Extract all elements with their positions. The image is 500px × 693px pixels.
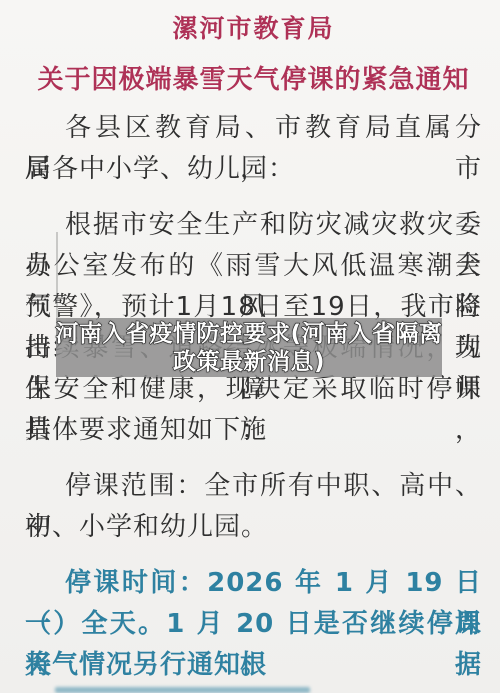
cutoff-text-sliver [55, 687, 310, 693]
org-title: 漯河市教育局 [25, 12, 482, 46]
watermark-text-line: 河南入省疫情防控要求(河南入省隔离 [56, 320, 443, 348]
notice-line: 属各中小学、幼儿园： [25, 149, 482, 190]
notice-body: 各县区教育局、市教育局直属分局，市 属各中小学、幼儿园： 根据市安全生产和防灾减… [25, 108, 482, 686]
notice-line: 办公室发布的《雨雪大风低温寒潮天气风险 [25, 246, 482, 287]
notice-line: 各县区教育局、市教育局直属分局，市 [25, 108, 482, 149]
salutation-paragraph: 各县区教育局、市教育局直属分局，市 属各中小学、幼儿园： [25, 108, 482, 190]
scope-paragraph: 停课范围：全市所有中职、高中、初 中、小学和幼儿园。 [25, 466, 482, 548]
watermark-text-line: 政策最新消息) [173, 348, 325, 376]
notice-highlight-line: 停课时间：2026 年 1 月 19 日（周 [25, 563, 482, 604]
watermark-overlay: 河南入省疫情防控要求(河南入省隔离 政策最新消息) [56, 318, 442, 377]
notice-highlight-line: 一）全天。1 月 20 日是否继续停课将根据 [25, 604, 482, 645]
notice-line: 停课范围：全市所有中职、高中、初 [25, 466, 482, 507]
notice-line: 根据市安全生产和防灾减灾救灾委员会 [25, 205, 482, 246]
notice-line: 具体要求通知如下： [25, 410, 482, 451]
image-crease-artifact [56, 232, 58, 318]
notice-line: 中、小学和幼儿园。 [25, 507, 482, 548]
time-paragraph: 停课时间：2026 年 1 月 19 日（周 一）全天。1 月 20 日是否继续… [25, 563, 482, 686]
notice-image: 漯河市教育局 关于因极端暴雪天气停课的紧急通知 各县区教育局、市教育局直属分局，… [0, 0, 500, 693]
notice-title: 关于因极端暴雪天气停课的紧急通知 [25, 60, 482, 100]
notice-highlight-line: 天气情况另行通知。 [25, 645, 482, 686]
